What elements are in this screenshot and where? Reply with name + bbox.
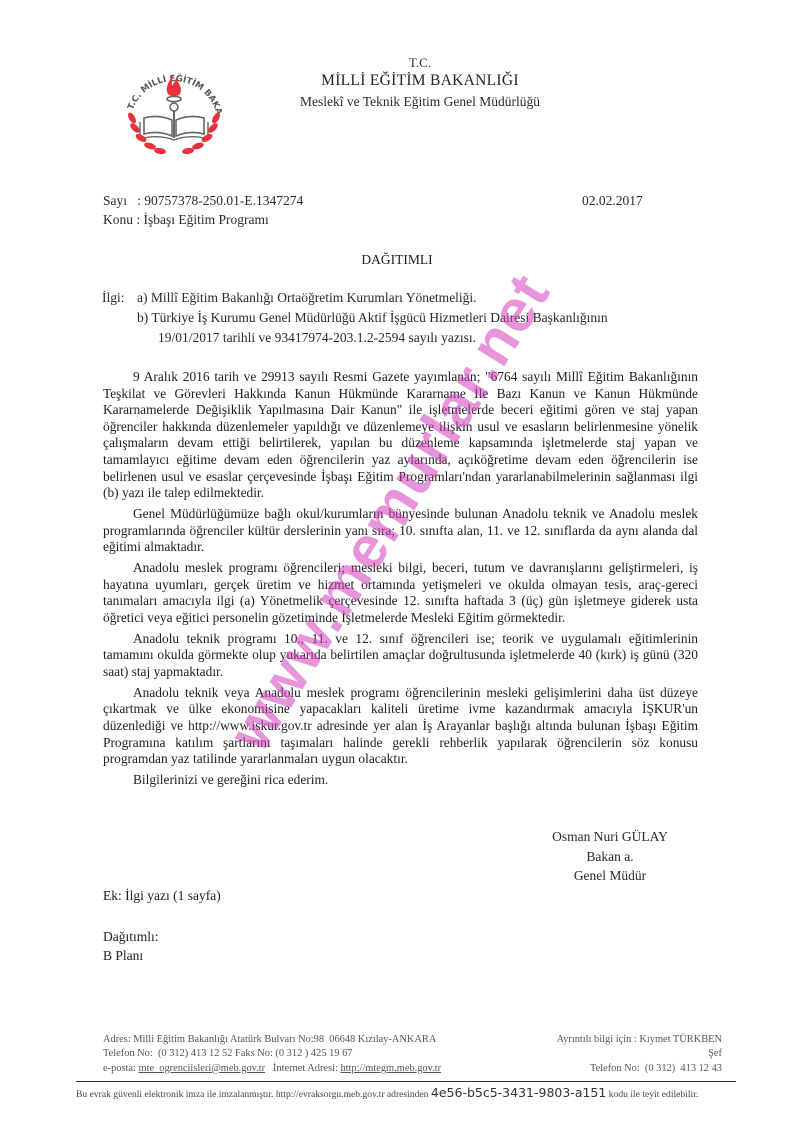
- distribution-value: B Planı: [103, 948, 143, 964]
- contact-person: Ayrıntılı bilgi için : Kıymet TÜRKBEN: [500, 1033, 722, 1047]
- reference-b: b) Türkiye İş Kurumu Genel Müdürlüğü Akt…: [137, 310, 608, 326]
- web-link[interactable]: http://mtegm.meb.gov.tr: [340, 1063, 441, 1074]
- body-paragraph: Bilgilerinizi ve gereğini rica ederim.: [103, 772, 698, 789]
- verification-suffix: kodu ile teyit edilebilir.: [606, 1089, 698, 1100]
- attachment-note: Ek: İlgi yazı (1 sayfa): [103, 888, 221, 904]
- reference-b-continuation: 19/01/2017 tarihli ve 93417974-203.1.2-2…: [158, 330, 476, 346]
- footer-divider: [76, 1081, 736, 1082]
- email-link[interactable]: mte_ogrenciisleri@meb.gov.tr: [139, 1063, 266, 1074]
- ministry-emblem-icon: T.C. MİLLİ EĞİTİM BAKANLIĞI: [118, 50, 230, 158]
- document-subject: Konu : İşbaşı Eğitim Programı: [103, 212, 269, 228]
- footer-email-web: e-posta: mte_ogrenciisleri@meb.gov.tr İn…: [103, 1062, 441, 1076]
- verification-note: Bu evrak güvenli elektronik imza ile imz…: [76, 1085, 736, 1100]
- contact-title: Şef: [500, 1047, 722, 1061]
- header-department: Meslekî ve Teknik Eğitim Genel Müdürlüğü: [250, 94, 590, 110]
- distribution-label: Dağıtımlı:: [103, 929, 159, 945]
- header-republic: T.C.: [250, 55, 590, 71]
- header-ministry: MİLLİ EĞİTİM BAKANLIĞI: [250, 72, 590, 90]
- footer-contact-block: Adres: Milli Eğitim Bakanlığı Atatürk Bu…: [103, 1033, 441, 1076]
- body-paragraph: Anadolu teknik programı 10., 11. ve 12. …: [103, 631, 698, 681]
- verification-prefix: Bu evrak güvenli elektronik imza ile imz…: [76, 1089, 431, 1100]
- footer-phone-fax: Telefon No: (0 312) 413 12 52 Faks No: (…: [103, 1047, 441, 1061]
- letter-body: 9 Aralık 2016 tarih ve 29913 sayılı Resm…: [103, 369, 698, 793]
- signatory-title: Bakan a.: [530, 849, 690, 865]
- footer-address: Adres: Milli Eğitim Bakanlığı Atatürk Bu…: [103, 1033, 441, 1047]
- email-label: e-posta:: [103, 1063, 139, 1074]
- document-date: 02.02.2017: [582, 193, 643, 209]
- verification-code: 4e56-b5c5-3431-9803-a151: [431, 1085, 606, 1100]
- document-number: Sayı : 90757378-250.01-E.1347274: [103, 193, 303, 209]
- body-paragraph: Genel Müdürlüğümüze bağlı okul/kurumları…: [103, 506, 698, 556]
- reference-label: İlgi:: [102, 290, 125, 306]
- reference-a: a) Millî Eğitim Bakanlığı Ortaöğretim Ku…: [137, 290, 477, 306]
- distribution-heading: DAĞITIMLI: [0, 252, 794, 268]
- footer-detail-contact: Ayrıntılı bilgi için : Kıymet TÜRKBEN Şe…: [500, 1033, 722, 1076]
- signatory-name: Osman Nuri GÜLAY: [530, 829, 690, 845]
- body-paragraph: 9 Aralık 2016 tarih ve 29913 sayılı Resm…: [103, 369, 698, 502]
- web-label: İnternet Adresi:: [273, 1063, 341, 1074]
- contact-phone: Telefon No: (0 312) 413 12 43: [500, 1062, 722, 1076]
- ministry-logo: T.C. MİLLİ EĞİTİM BAKANLIĞI: [118, 50, 230, 158]
- body-paragraph: Anadolu meslek programı öğrencileri; mes…: [103, 560, 698, 626]
- signatory-position: Genel Müdür: [530, 868, 690, 884]
- body-paragraph: Anadolu teknik veya Anadolu meslek progr…: [103, 685, 698, 768]
